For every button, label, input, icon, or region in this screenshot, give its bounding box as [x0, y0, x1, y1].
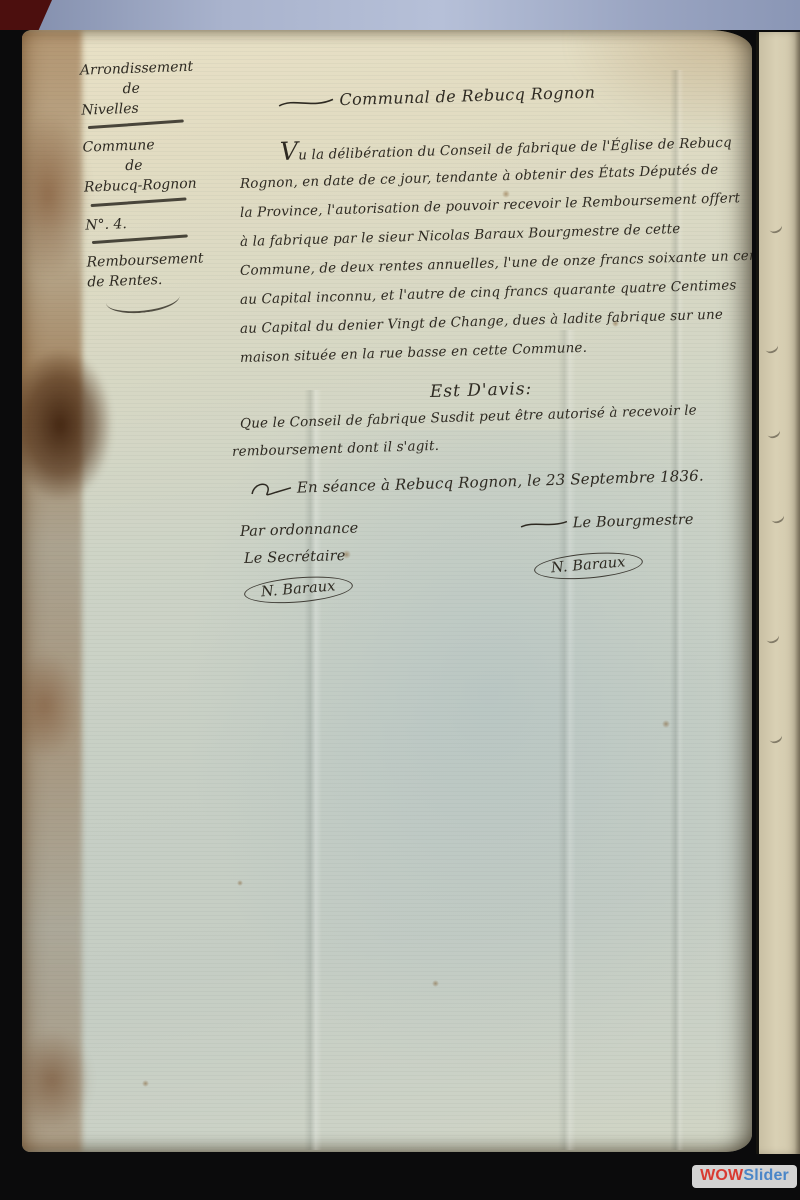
- body-line: maison située en la rue basse en cette C…: [240, 340, 587, 366]
- signature-right-title-text: Le Bourgmestre: [573, 512, 694, 532]
- signature-right-name-text: N. Baraux: [533, 549, 643, 583]
- body-line: Commune, de deux rentes annuelles, l'une…: [240, 247, 752, 279]
- signature-flourish-icon: [520, 519, 568, 530]
- next-page-ink-mark: [769, 510, 785, 525]
- next-page-ink-mark: [767, 730, 783, 745]
- document-heading: Communal de Rebucq Rognon: [278, 83, 596, 111]
- document-page: Arrondissement de Nivelles Commune de Re…: [22, 30, 752, 1152]
- signature-left-name-text: N. Baraux: [243, 573, 353, 607]
- body-line: Rognon, en date de ce jour, tendante à o…: [240, 162, 719, 192]
- avis-line: remboursement dont il s'agit.: [232, 438, 439, 460]
- next-page-ink-mark: [764, 630, 780, 645]
- dateline-text: En séance à Rebucq Rognon, le 23 Septemb…: [297, 467, 704, 497]
- next-page-ink-mark: [767, 220, 783, 235]
- avis-heading: Est D'avis:: [430, 379, 533, 402]
- signature-right-title: Le Bourgmestre: [520, 512, 694, 533]
- signature-left-ordonnance: Par ordonnance: [240, 520, 359, 540]
- body-line: à la fabrique par le sieur Nicolas Barau…: [240, 221, 681, 250]
- body-line: Vu la délibération du Conseil de fabriqu…: [280, 133, 732, 164]
- signature-right-name: N. Baraux: [534, 552, 643, 580]
- wowslider-watermark[interactable]: WOWSlider: [692, 1165, 797, 1188]
- avis-line: Que le Conseil de fabrique Susdit peut ê…: [240, 402, 697, 432]
- next-page-edge: [756, 32, 800, 1154]
- signature-left-title: Le Secrétaire: [244, 548, 346, 567]
- backdrop: [0, 0, 800, 30]
- dateline: En séance à Rebucq Rognon, le 23 Septemb…: [250, 467, 704, 500]
- watermark-wow: WOW: [700, 1167, 743, 1185]
- next-page-ink-mark: [765, 425, 781, 440]
- next-page-ink-mark: [763, 340, 779, 355]
- photo-scene: Arrondissement de Nivelles Commune de Re…: [0, 0, 800, 1200]
- body-line: la Province, l'autorisation de pouvoir r…: [240, 190, 741, 221]
- body-line: au Capital inconnu, et l'autre de cinq f…: [240, 277, 737, 308]
- watermark-slider: Slider: [743, 1167, 789, 1185]
- body-line: au Capital du denier Vingt de Change, du…: [240, 307, 723, 337]
- document-body: Communal de Rebucq Rognon Vu la délibéra…: [22, 30, 752, 1152]
- dateline-flourish-icon: [250, 479, 293, 500]
- heading-flourish-icon: [278, 94, 334, 110]
- heading-text: Communal de Rebucq Rognon: [339, 83, 595, 110]
- signature-left-name: N. Baraux: [244, 576, 353, 604]
